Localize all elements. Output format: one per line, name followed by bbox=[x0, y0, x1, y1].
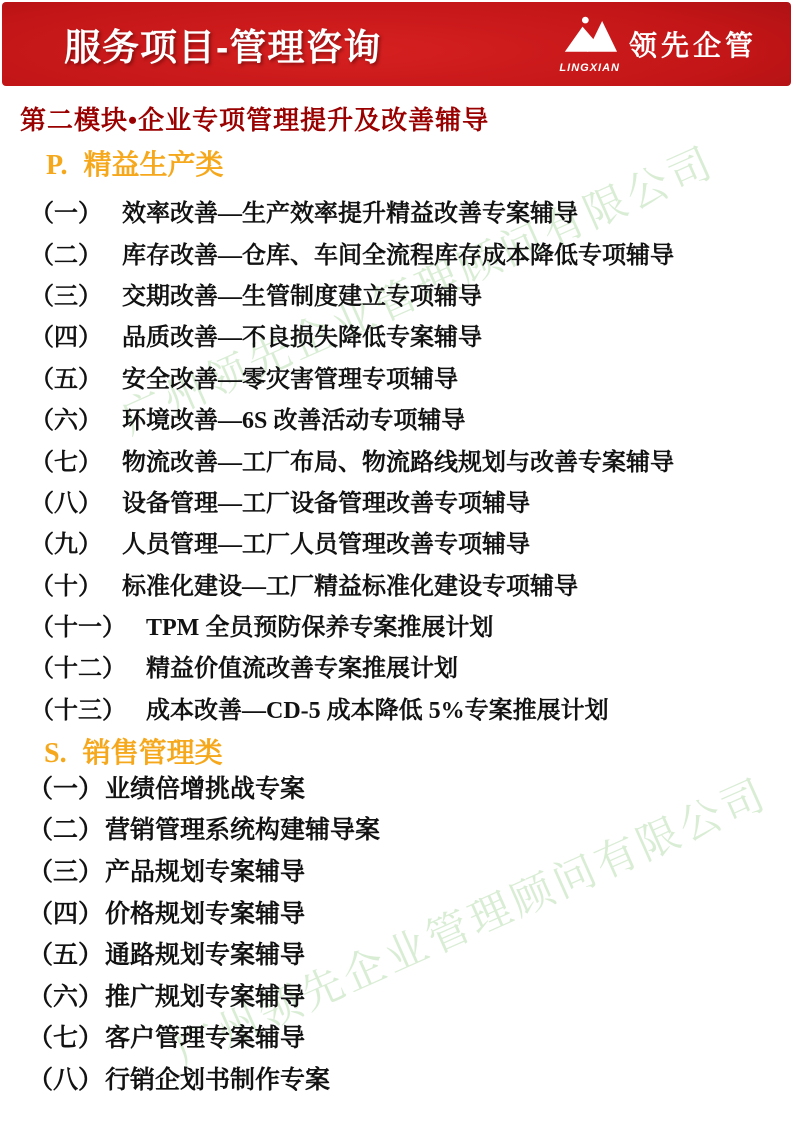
logo-brand-en: LINGXIAN bbox=[559, 62, 620, 74]
header-banner: 服务项目-管理咨询 LINGXIAN 领先企管 bbox=[2, 2, 791, 86]
item-text: 标准化建设—工厂精益标准化建设专项辅导 bbox=[122, 566, 578, 601]
item-number: （四） bbox=[30, 317, 102, 352]
mountain-logo-icon bbox=[562, 14, 618, 61]
item-text: 产品规划专案辅导 bbox=[105, 852, 305, 888]
item-text: 行销企划书制作专案 bbox=[105, 1060, 330, 1096]
list-item: （二）营销管理系统构建辅导案 bbox=[28, 808, 788, 850]
section-header-s: S.销售管理类 bbox=[44, 731, 223, 771]
list-item: （六）环境改善—6S 改善活动专项辅导 bbox=[30, 397, 790, 438]
item-number: （五） bbox=[30, 359, 102, 394]
item-text: 人员管理—工厂人员管理改善专项辅导 bbox=[122, 524, 530, 559]
item-text: 精益价值流改善专案推展计划 bbox=[146, 648, 458, 683]
item-number: （四） bbox=[28, 894, 103, 930]
item-text: TPM 全员预防保养专案推展计划 bbox=[146, 607, 493, 642]
item-text: 营销管理系统构建辅导案 bbox=[105, 810, 380, 846]
item-text: 库存改善—仓库、车间全流程库存成本降低专项辅导 bbox=[122, 235, 674, 270]
item-number: （三） bbox=[28, 852, 103, 888]
item-text: 物流改善—工厂布局、物流路线规划与改善专案辅导 bbox=[122, 442, 674, 477]
list-item: （七）客户管理专案辅导 bbox=[28, 1016, 788, 1058]
logo-brand-cn: 领先企管 bbox=[629, 24, 757, 64]
item-number: （二） bbox=[30, 235, 102, 270]
item-number: （八） bbox=[30, 483, 102, 518]
list-item: （十）标准化建设—工厂精益标准化建设专项辅导 bbox=[30, 563, 790, 604]
list-item: （四）价格规划专案辅导 bbox=[28, 891, 788, 933]
item-text: 交期改善—生管制度建立专项辅导 bbox=[122, 276, 482, 311]
item-text: 通路规划专案辅导 bbox=[105, 935, 305, 971]
list-item: （三）交期改善—生管制度建立专项辅导 bbox=[30, 273, 790, 314]
item-text: 价格规划专案辅导 bbox=[105, 894, 305, 930]
list-item: （十三）成本改善—CD-5 成本降低 5%专案推展计划 bbox=[30, 687, 790, 728]
list-item: （五）通路规划专案辅导 bbox=[28, 932, 788, 974]
item-number: （七） bbox=[30, 442, 102, 477]
item-number: （六） bbox=[30, 400, 102, 435]
item-number: （十二） bbox=[30, 648, 126, 683]
list-item: （六）推广规划专案辅导 bbox=[28, 974, 788, 1016]
list-item: （十二）精益价值流改善专案推展计划 bbox=[30, 645, 790, 686]
section-prefix: S. bbox=[44, 738, 67, 769]
item-text: 推广规划专案辅导 bbox=[105, 977, 305, 1013]
list-item: （四）品质改善—不良损失降低专案辅导 bbox=[30, 314, 790, 355]
sales-management-list: （一）业绩倍增挑战专案（二）营销管理系统构建辅导案（三）产品规划专案辅导（四）价… bbox=[28, 766, 788, 1099]
item-number: （七） bbox=[28, 1018, 103, 1054]
item-number: （二） bbox=[28, 810, 103, 846]
item-number: （五） bbox=[28, 935, 103, 971]
item-text: 设备管理—工厂设备管理改善专项辅导 bbox=[122, 483, 530, 518]
company-logo: LINGXIAN 领先企管 bbox=[559, 14, 757, 74]
item-number: （十三） bbox=[30, 690, 126, 725]
list-item: （九）人员管理—工厂人员管理改善专项辅导 bbox=[30, 521, 790, 562]
item-text: 业绩倍增挑战专案 bbox=[105, 769, 305, 805]
list-item: （三）产品规划专案辅导 bbox=[28, 849, 788, 891]
item-text: 成本改善—CD-5 成本降低 5%专案推展计划 bbox=[146, 690, 609, 725]
item-number: （一） bbox=[28, 769, 103, 805]
list-item: （八）设备管理—工厂设备管理改善专项辅导 bbox=[30, 480, 790, 521]
lean-production-list: （一）效率改善—生产效率提升精益改善专案辅导（二）库存改善—仓库、车间全流程库存… bbox=[30, 190, 790, 728]
item-number: （八） bbox=[28, 1060, 103, 1096]
list-item: （七）物流改善—工厂布局、物流路线规划与改善专案辅导 bbox=[30, 438, 790, 479]
item-number: （十一） bbox=[30, 607, 126, 642]
item-text: 安全改善—零灾害管理专项辅导 bbox=[122, 359, 458, 394]
item-number: （六） bbox=[28, 977, 103, 1013]
list-item: （二）库存改善—仓库、车间全流程库存成本降低专项辅导 bbox=[30, 231, 790, 272]
item-number: （一） bbox=[30, 193, 102, 228]
item-text: 环境改善—6S 改善活动专项辅导 bbox=[122, 400, 465, 435]
section-prefix: P. bbox=[46, 150, 68, 181]
item-text: 品质改善—不良损失降低专案辅导 bbox=[122, 317, 482, 352]
page-title: 服务项目-管理咨询 bbox=[64, 17, 381, 71]
module-title: 第二模块•企业专项管理提升及改善辅导 bbox=[20, 100, 489, 137]
section-name: 销售管理类 bbox=[83, 738, 223, 769]
item-text: 客户管理专案辅导 bbox=[105, 1018, 305, 1054]
list-item: （五）安全改善—零灾害管理专项辅导 bbox=[30, 356, 790, 397]
list-item: （十一）TPM 全员预防保养专案推展计划 bbox=[30, 604, 790, 645]
section-name: 精益生产类 bbox=[84, 150, 224, 181]
list-item: （一）业绩倍增挑战专案 bbox=[28, 766, 788, 808]
list-item: （八）行销企划书制作专案 bbox=[28, 1057, 788, 1099]
item-number: （三） bbox=[30, 276, 102, 311]
item-number: （十） bbox=[30, 566, 102, 601]
item-number: （九） bbox=[30, 524, 102, 559]
item-text: 效率改善—生产效率提升精益改善专案辅导 bbox=[122, 193, 578, 228]
section-header-p: P.精益生产类 bbox=[46, 143, 224, 183]
list-item: （一）效率改善—生产效率提升精益改善专案辅导 bbox=[30, 190, 790, 231]
